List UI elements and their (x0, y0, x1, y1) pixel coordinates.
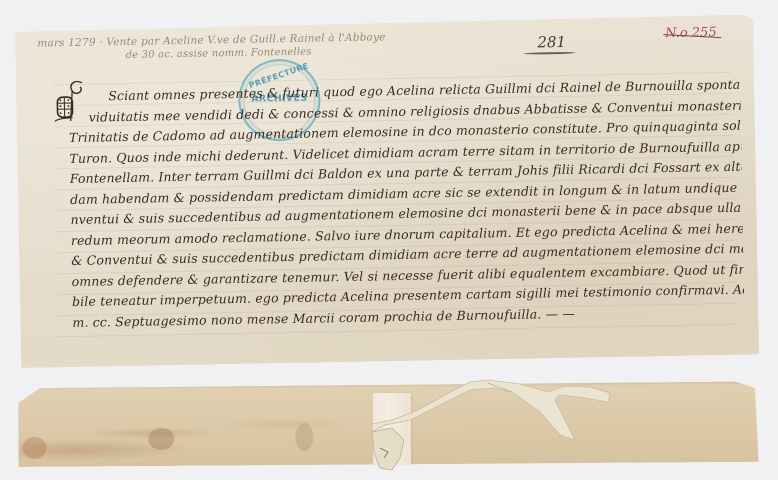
stain (22, 437, 46, 459)
charter-text: Sciant omnes presentes & futuri quod ego… (68, 75, 744, 333)
stain (148, 428, 174, 450)
archival-note-line1: mars 1279 · Vente par Aceline V.ve de Gu… (37, 31, 386, 49)
old-number-crossed: N.o 255 (665, 25, 717, 41)
parchment-charter: mars 1279 · Vente par Aceline V.ve de Gu… (15, 14, 759, 367)
fold-crease (18, 380, 758, 390)
document-photograph: mars 1279 · Vente par Aceline V.ve de Gu… (0, 0, 778, 480)
seal-tag-strip (373, 393, 411, 465)
folio-underline (524, 52, 576, 55)
stain (295, 423, 313, 451)
folio-number: 281 (537, 33, 566, 52)
